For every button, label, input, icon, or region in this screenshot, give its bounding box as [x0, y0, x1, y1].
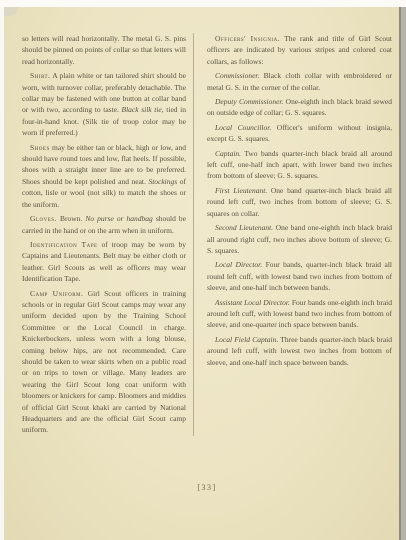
rank-name-local-councillor: Local Councillor. — [215, 123, 271, 132]
section-heading-shoes: Shoes — [30, 143, 50, 152]
section-heading-shirt: Shirt. — [30, 71, 50, 80]
column-divider-rule — [193, 33, 194, 436]
paragraph-collar-continuation: so letters will read horizontally. The m… — [22, 33, 186, 67]
scanned-book-page: so letters will read horizontally. The m… — [0, 0, 406, 540]
rank-name-commissioner: Commissioner. — [215, 71, 259, 80]
paragraph-shirt: Shirt. A plain white or tan tailored shi… — [22, 70, 186, 138]
right-column: Officers' Insignia. The rank and title o… — [207, 33, 392, 436]
scan-corner-smudge — [4, 7, 18, 16]
paragraph-gloves: Gloves. Brown. No purse or handbag shoul… — [22, 213, 186, 236]
page-number: [33] — [22, 483, 392, 492]
paragraph-second-lieutenant: Second Lieutenant. One band one-eighth i… — [207, 222, 392, 256]
paragraph-captain: Captain. Two bands quarter-inch black br… — [207, 148, 392, 182]
rank-name-captain: Captain. — [215, 149, 241, 158]
body-text: so letters will read horizontally. The m… — [22, 34, 186, 66]
rank-name-first-lieutenant: First Lieutenant. — [215, 186, 267, 195]
section-heading-camp-uniform: Camp Uniform. — [30, 289, 83, 298]
rank-name-deputy-commissioner: Deputy Commissioner. — [215, 97, 283, 106]
paragraph-assistant-local-director: Assistant Local Director. Four bands one… — [207, 297, 392, 331]
paragraph-officers-insignia: Officers' Insignia. The rank and title o… — [207, 33, 392, 67]
rank-name-assistant-local-director: Assistant Local Director. — [215, 298, 290, 307]
section-heading-officers-insignia: Officers' Insignia. — [215, 34, 280, 43]
paragraph-local-director: Local Director. Four bands, quarter-inch… — [207, 259, 392, 293]
scan-left-edge — [0, 0, 4, 540]
book-page-paper: so letters will read horizontally. The m… — [4, 7, 399, 540]
rank-name-local-field-captain: Local Field Captain. — [215, 335, 278, 344]
section-heading-identification-tape: Identification Tape — [30, 240, 98, 249]
paragraph-shoes: Shoes may be either tan or black, high o… — [22, 142, 186, 210]
paragraph-commissioner: Commissioner. Black cloth collar with em… — [207, 70, 392, 93]
paragraph-local-field-captain: Local Field Captain. Three bands quarter… — [207, 334, 392, 368]
section-heading-gloves: Gloves. — [30, 214, 57, 223]
paragraph-local-councillor: Local Councillor. Officer's uniform with… — [207, 122, 392, 145]
paragraph-first-lieutenant: First Lieutenant. One band quarter-inch … — [207, 185, 392, 219]
emphasized-text: Stockings — [148, 177, 177, 186]
two-column-text-block: so letters will read horizontally. The m… — [22, 33, 392, 436]
body-text: Girl Scout officers in training schools … — [22, 289, 186, 435]
scan-top-edge — [0, 0, 406, 7]
paragraph-camp-uniform: Camp Uniform. Girl Scout officers in tra… — [22, 288, 186, 436]
emphasized-text: No purse or handbag — [85, 214, 153, 223]
left-column: so letters will read horizontally. The m… — [22, 33, 186, 436]
rank-name-second-lieutenant: Second Lieutenant. — [215, 223, 273, 232]
emphasized-text: Black silk tie — [122, 105, 162, 114]
body-text: Brown. — [57, 214, 85, 223]
paragraph-deputy-commissioner: Deputy Commissioner. One-eighth inch bla… — [207, 96, 392, 119]
rank-name-local-director: Local Director. — [215, 260, 262, 269]
paragraph-identification-tape: Identification Tape of troop may be worn… — [22, 239, 186, 285]
page-right-edge — [399, 0, 406, 540]
